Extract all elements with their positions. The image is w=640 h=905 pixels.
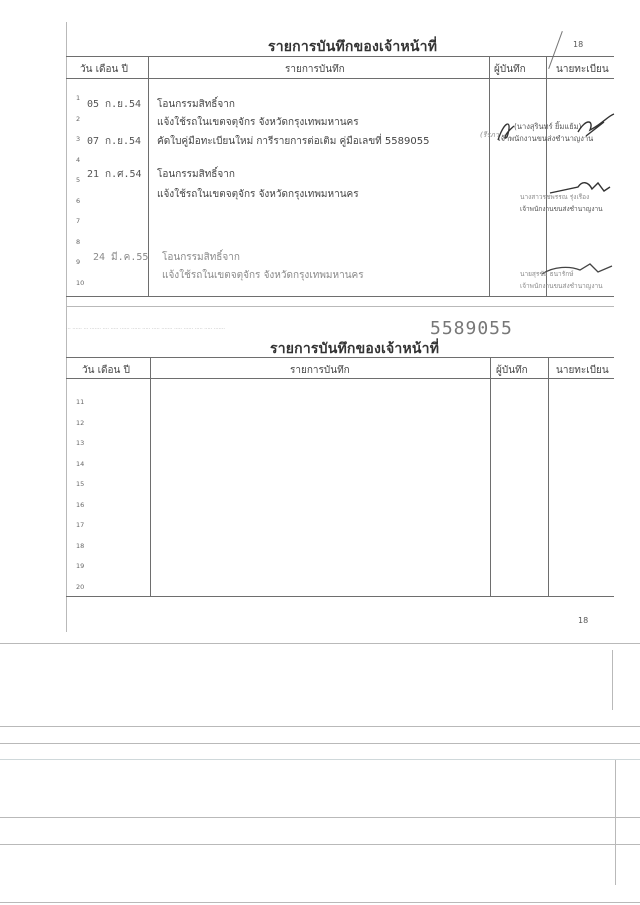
- header-date: วัน เดือน ปี: [82, 363, 130, 378]
- scan-line: [0, 643, 640, 644]
- row-number: 8: [76, 238, 90, 246]
- header-entry: รายการบันทึก: [285, 62, 345, 77]
- scan-edge: [615, 760, 616, 885]
- col-divider-entry: [489, 56, 490, 296]
- row-number: 15: [76, 480, 90, 488]
- scan-edge: [612, 650, 613, 710]
- scan-line: [0, 902, 640, 903]
- scan-line: [0, 817, 640, 818]
- page-number: 18: [578, 616, 588, 625]
- row-number: 17: [76, 521, 90, 529]
- signature-position: เจ้าพนักงานขนส่งชำนาญงาน: [520, 204, 603, 214]
- col-divider-date: [150, 357, 151, 596]
- table-bottom-border: [66, 596, 614, 597]
- entry-text: โอนกรรมสิทธิ์จาก: [157, 167, 235, 182]
- signature-scribble-1: [490, 112, 620, 146]
- row-number: 13: [76, 439, 90, 447]
- signature-position: เจ้าพนักงานขนส่งชำนาญงาน: [520, 281, 603, 291]
- table-bottom-border: [66, 296, 614, 297]
- signature-name: นางสาวรชพรรณ รุ่งเรือง: [520, 192, 589, 202]
- scan-line: [0, 743, 640, 744]
- entry-text: แจ้งใช้รถในเขตจตุจักร จังหวัดกรุงเทพมหาน…: [157, 115, 359, 130]
- entry-date: 05 ก.ย.54: [87, 97, 141, 112]
- scan-seam: [66, 306, 614, 307]
- header-registrar: นายทะเบียน: [556, 62, 616, 77]
- row-number: 10: [76, 279, 90, 287]
- header-recorder: ผู้บันทึก: [494, 62, 526, 77]
- table-top-border: [66, 357, 614, 358]
- scan-line: [0, 759, 640, 760]
- header-date: วัน เดือน ปี: [80, 62, 128, 77]
- header-bottom-border: [66, 378, 614, 379]
- entry-text: โอนกรรมสิทธิ์จาก: [162, 250, 240, 265]
- entry-text: คัดใบคู่มือทะเบียนใหม่ การีรายการต่อเติม…: [157, 134, 429, 149]
- row-number: 16: [76, 501, 90, 509]
- row-number: 4: [76, 156, 90, 164]
- row-number: 2: [76, 115, 90, 123]
- col-divider-entry: [490, 357, 491, 596]
- page-number: 18: [573, 40, 583, 49]
- header-registrar: นายทะเบียน: [556, 363, 609, 378]
- scan-line: [0, 844, 640, 845]
- bleed-through-text: ··· ······ ··· ······· ···· ····· ······…: [66, 326, 426, 332]
- entry-text: แจ้งใช้รถในเขตจตุจักร จังหวัดกรุงเทพมหาน…: [157, 187, 359, 202]
- scan-line: [0, 726, 640, 727]
- bleed-through-number: 5589055: [430, 318, 513, 339]
- row-number: 12: [76, 419, 90, 427]
- row-number: 20: [76, 583, 90, 591]
- signature-name: นายสุรชัย ธนารักษ์: [520, 269, 573, 279]
- entry-date: 07 ก.ย.54: [87, 134, 141, 149]
- entry-date: 21 ก.ศ.54: [87, 167, 142, 182]
- row-number: 7: [76, 217, 90, 225]
- header-recorder: ผู้บันทึก: [496, 363, 528, 378]
- row-number: 18: [76, 542, 90, 550]
- entry-date: 24 มี.ค.55: [93, 250, 148, 265]
- row-number: 6: [76, 197, 90, 205]
- entry-text: โอนกรรมสิทธิ์จาก: [157, 97, 235, 112]
- col-divider-recorder: [548, 357, 549, 596]
- row-number: 19: [76, 562, 90, 570]
- row-number: 9: [76, 258, 90, 266]
- section-title: รายการบันทึกของเจ้าหน้าที่: [268, 36, 437, 58]
- entry-text: แจ้งใช้รถในเขตจตุจักร จังหวัดกรุงเทพมหาน…: [162, 268, 364, 283]
- row-number: 14: [76, 460, 90, 468]
- header-entry: รายการบันทึก: [290, 363, 350, 378]
- row-number: 11: [76, 398, 90, 406]
